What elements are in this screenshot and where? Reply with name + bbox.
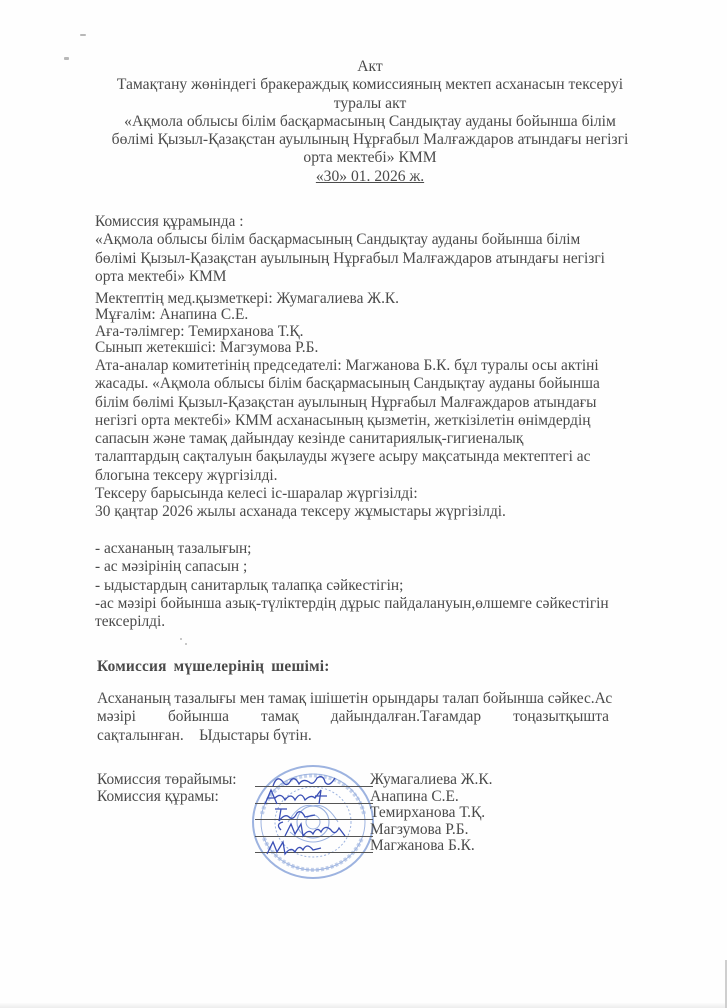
school-name-line3: орта мектебі» КММ (60, 149, 680, 167)
document-title: Акт (60, 58, 680, 76)
handwritten-signature-icon (255, 838, 365, 856)
paragraph-line: блогына тексеру жүргізілді. (95, 467, 700, 485)
commission-org-line1: «Ақмола облысы білім басқармасының Санды… (95, 231, 700, 249)
paragraph-line: жасады. «Ақмола облысы білім басқармасын… (95, 375, 700, 393)
checklist-item: - асхананың тазалығын; (95, 540, 700, 558)
decision-word: тоңазытқышта (513, 708, 609, 726)
member-senior-counselor: Аға-тәлімгер: Темирханова Т.Қ. (95, 324, 700, 340)
commission-members: Мектептің мед.қызметкері: Жумагалиева Ж.… (95, 291, 700, 357)
member-teacher: Мұғалім: Анапина С.Е. (95, 307, 700, 323)
signatory-name: Магзумова Р.Б. (370, 822, 468, 839)
decision-line-justified: мәзірі бойынша тамақ дайындалған.Тағамда… (97, 708, 609, 726)
school-name-line1: «Ақмола облысы білім басқармасының Санды… (60, 113, 680, 131)
inspection-date-line: 30 қаңтар 2026 жылы асханада тексеру жұм… (95, 503, 700, 521)
member-class-teacher: Сынып жетекшісі: Магзумова Р.Б. (95, 340, 700, 356)
scan-bottom-edge (0, 1002, 727, 1008)
paragraph-line: негізгі орта мектебі» КММ асханасының қы… (95, 412, 700, 430)
document-subtitle-line2: туралы акт (60, 95, 680, 113)
document-page: Акт Тамақтану жөніндегі бракераждық коми… (0, 0, 727, 1008)
activities-intro: Тексеру барысында келесі іс-шаралар жүрг… (95, 485, 700, 503)
signatory-name: Магжанова Б.К. (370, 838, 475, 855)
paragraph-line: талаптардың сақталуын бақылауды жүзеге а… (95, 448, 700, 466)
decision-word: бойынша (168, 708, 229, 726)
members-label: Комиссия құрамы: (97, 789, 219, 806)
paragraph-line: білім бөлімі Қызыл-Қазақстан ауылының Нұ… (95, 394, 700, 412)
decision-line: Асхананың тазалығы мен тамақ ішішетін ор… (97, 690, 702, 708)
inspection-checklist: - асхананың тазалығын; - ас мәзірінің са… (95, 540, 700, 631)
checklist-item: - ас мәзірінің сапасын ; (95, 558, 700, 576)
paragraph-line: сапасын және тамақ дайындау кезінде сани… (95, 430, 700, 448)
signatory-name: Анапина С.Е. (370, 789, 459, 806)
decision-line: сақталынған. Ыдыстары бүтін. (97, 727, 702, 745)
decision-word: мәзірі (97, 708, 136, 726)
commission-intro: Комиссия құрамында : (95, 213, 700, 231)
paragraph-line: Ата-аналар комитетінің председателі: Маг… (95, 357, 700, 375)
decision-word: тамақ (261, 708, 299, 726)
document-subtitle-line1: Тамақтану жөніндегі бракераждық комиссия… (60, 76, 680, 94)
document-date: «30» 01. 2026 ж. (316, 168, 424, 185)
commission-section: Комиссия құрамында : «Ақмола облысы білі… (95, 213, 700, 286)
checklist-item: -ас мәзірі бойынша азық-түліктердің дұры… (95, 595, 700, 613)
signatory-name: Жумагалиева Ж.К. (370, 772, 493, 789)
commission-org-line2: бөлімі Қызыл-Қазақстан ауылының Нұрғабыл… (95, 250, 700, 268)
checklist-item: тексерілді. (95, 613, 700, 631)
decision-text: Асхананың тазалығы мен тамақ ішішетін ор… (97, 690, 702, 745)
commission-org-line3: орта мектебі» КММ (95, 268, 700, 286)
member-medic: Мектептің мед.қызметкері: Жумагалиева Ж.… (95, 291, 700, 307)
handwritten-signature-icon (255, 788, 365, 806)
main-paragraph: Ата-аналар комитетінің председателі: Маг… (95, 357, 700, 522)
decision-heading: Комиссия мүшелерінің шешімі: (97, 658, 330, 676)
document-header: Акт Тамақтану жөніндегі бракераждық коми… (60, 58, 680, 186)
handwritten-signature-icon (255, 820, 365, 840)
signatory-name: Темирханова Т.Қ. (370, 805, 485, 822)
checklist-item: - ыдыстардың санитарлық талапқа сәйкесті… (95, 577, 700, 595)
decision-word: дайындалған.Тағамдар (331, 708, 481, 726)
school-name-line2: бөлімі Қызыл-Қазақстан ауылының Нұрғабыл… (60, 131, 680, 149)
chair-label: Комиссия төрайымы: (97, 772, 237, 789)
